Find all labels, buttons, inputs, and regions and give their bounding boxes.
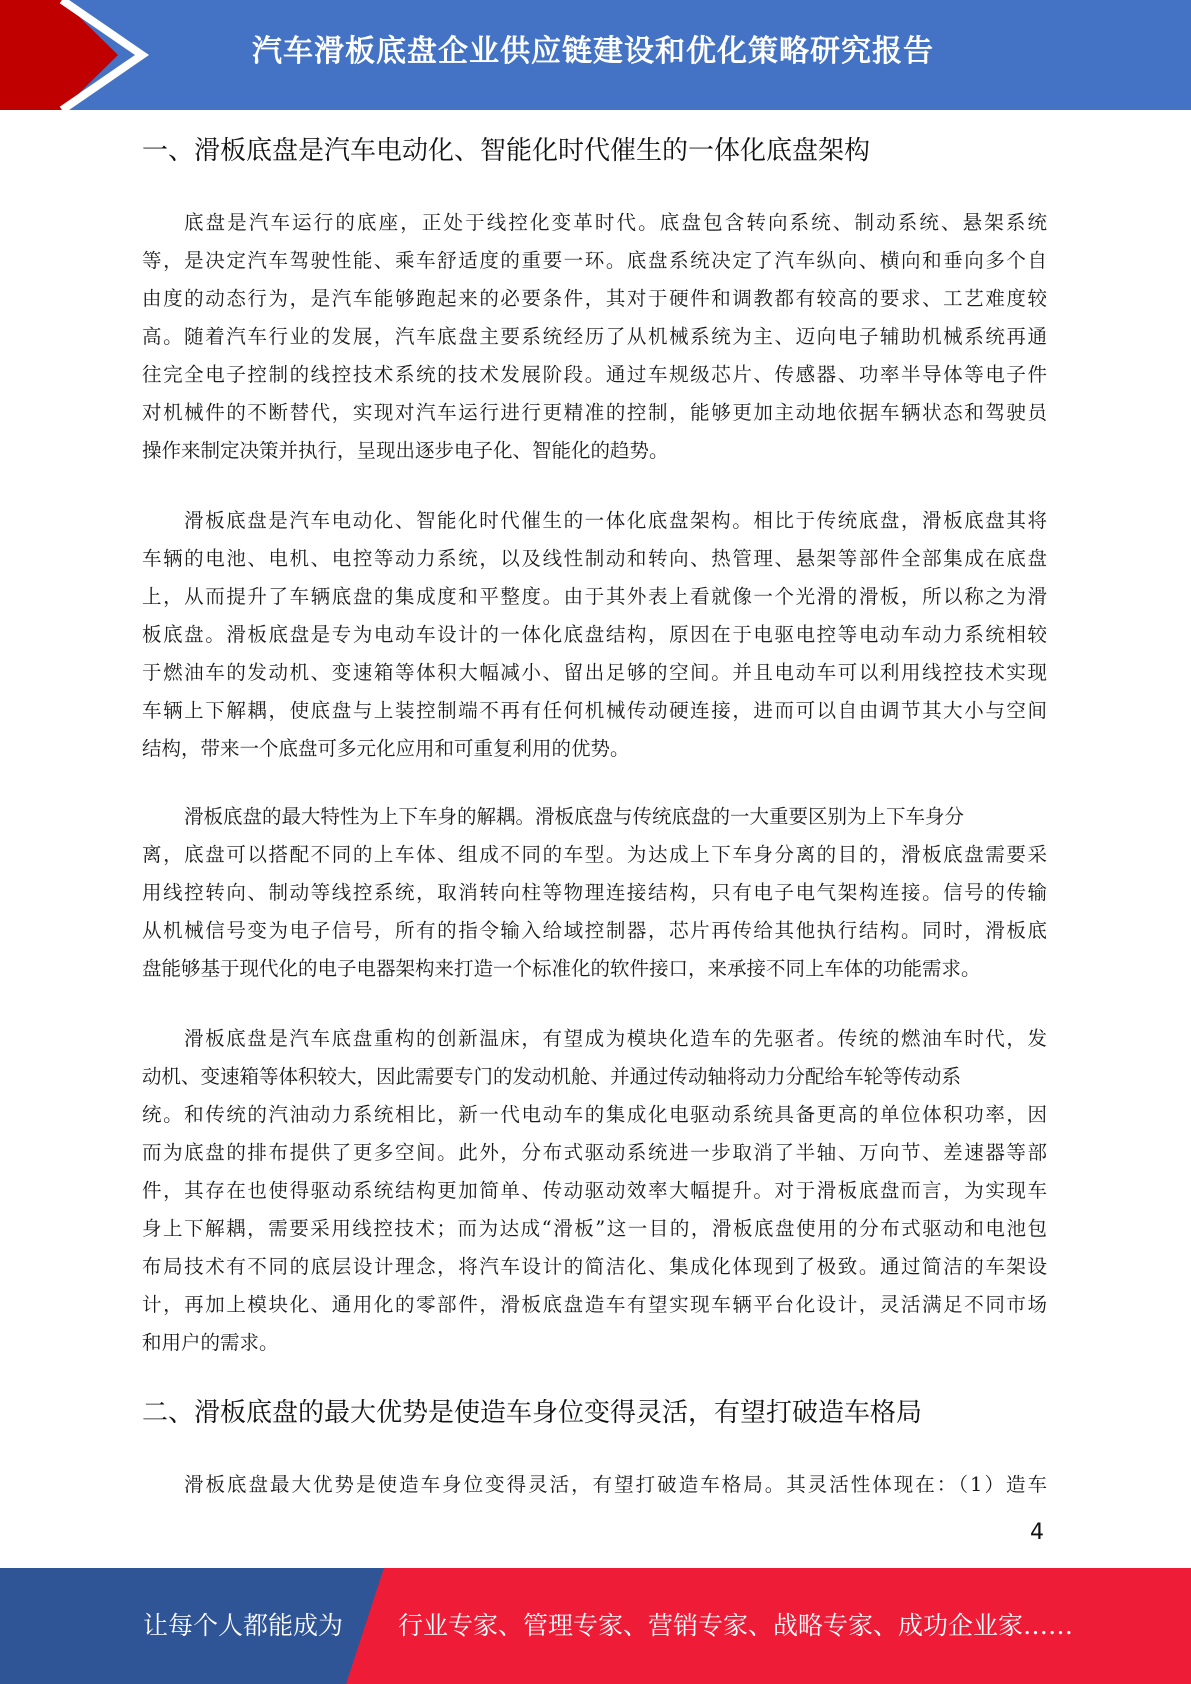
text-line: 板底盘。滑板底盘是专为电动车设计的一体化底盘结构，原因在于电驱电控等电动车动力系… xyxy=(142,616,1047,654)
text-line: 结构，带来一个底盘可多元化应用和可重复利用的优势。 xyxy=(142,730,1047,768)
text-line: 滑板底盘最大优势是使造车身位变得灵活，有望打破造车格局。其灵活性体现在：（1）造… xyxy=(142,1466,1047,1504)
text-line: 高。随着汽车行业的发展，汽车底盘主要系统经历了从机械系统为主、迈向电子辅助机械系… xyxy=(142,318,1047,356)
text-line: 车辆的电池、电机、电控等动力系统，以及线性制动和转向、热管理、悬架等部件全部集成… xyxy=(142,540,1047,578)
text-line: 盘能够基于现代化的电子电器架构来打造一个标准化的软件接口，来承接不同上车体的功能… xyxy=(142,950,1047,988)
text-line: 滑板底盘是汽车底盘重构的创新温床，有望成为模块化造车的先驱者。传统的燃油车时代，… xyxy=(142,1020,1047,1058)
text-line: 操作来制定决策并执行，呈现出逐步电子化、智能化的趋势。 xyxy=(142,432,1047,470)
text-line: 由度的动态行为，是汽车能够跑起来的必要条件，其对于硬件和调教都有较高的要求、工艺… xyxy=(142,280,1047,318)
paragraph-3: 滑板底盘的最大特性为上下车身的解耦。滑板底盘与传统底盘的一大重要区别为上下车身分… xyxy=(142,798,1047,988)
paragraph-4: 滑板底盘是汽车底盘重构的创新温床，有望成为模块化造车的先驱者。传统的燃油车时代，… xyxy=(142,1020,1047,1362)
text-line: 从机械信号变为电子信号，所有的指令输入给域控制器，芯片再传给其他执行结构。同时，… xyxy=(142,912,1047,950)
text-line: 件，其存在也使得驱动系统结构更加简单、传动驱动效率大幅提升。对于滑板底盘而言，为… xyxy=(142,1172,1047,1210)
text-line: 于燃油车的发动机、变速箱等体积大幅减小、留出足够的空间。并且电动车可以利用线控技… xyxy=(142,654,1047,692)
paragraph-1: 底盘是汽车运行的底座，正处于线控化变革时代。底盘包含转向系统、制动系统、悬架系统… xyxy=(142,204,1047,470)
page-number: 4 xyxy=(1030,1520,1044,1545)
footer-slogan-left: 让每个人都能成为 xyxy=(143,1606,343,1642)
text-line: 上，从而提升了车辆底盘的集成度和平整度。由于其外表上看就像一个光滑的滑板，所以称… xyxy=(142,578,1047,616)
report-title: 汽车滑板底盘企业供应链建设和优化策略研究报告 xyxy=(252,26,934,70)
text-line: 而为底盘的排布提供了更多空间。此外，分布式驱动系统进一步取消了半轴、万向节、差速… xyxy=(142,1134,1047,1172)
text-line: 等，是决定汽车驾驶性能、乘车舒适度的重要一环。底盘系统决定了汽车纵向、横向和垂向… xyxy=(142,242,1047,280)
text-line: 计，再加上模块化、通用化的零部件，滑板底盘造车有望实现车辆平台化设计，灵活满足不… xyxy=(142,1286,1047,1324)
section-heading-1: 一、滑板底盘是汽车电动化、智能化时代催生的一体化底盘架构 xyxy=(142,130,870,167)
text-line: 身上下解耦，需要采用线控技术；而为达成“滑板”这一目的，滑板底盘使用的分布式驱动… xyxy=(142,1210,1047,1248)
text-line: 布局技术有不同的底层设计理念，将汽车设计的简洁化、集成化体现到了极致。通过简洁的… xyxy=(142,1248,1047,1286)
text-line: 车辆上下解耦，使底盘与上装控制端不再有任何机械传动硬连接，进而可以自由调节其大小… xyxy=(142,692,1047,730)
text-line: 底盘是汽车运行的底座，正处于线控化变革时代。底盘包含转向系统、制动系统、悬架系统 xyxy=(142,204,1047,242)
paragraph-5: 滑板底盘最大优势是使造车身位变得灵活，有望打破造车格局。其灵活性体现在：（1）造… xyxy=(142,1466,1047,1504)
text-line: 滑板底盘是汽车电动化、智能化时代催生的一体化底盘架构。相比于传统底盘，滑板底盘其… xyxy=(142,502,1047,540)
text-line: 滑板底盘的最大特性为上下车身的解耦。滑板底盘与传统底盘的一大重要区别为上下车身分 xyxy=(142,798,1047,836)
text-line: 离，底盘可以搭配不同的上车体、组成不同的车型。为达成上下车身分离的目的，滑板底盘… xyxy=(142,836,1047,874)
text-line: 动机、变速箱等体积较大，因此需要专门的发动机舱、并通过传动轴将动力分配给车轮等传… xyxy=(142,1058,1047,1096)
text-line: 用线控转向、制动等线控系统，取消转向柱等物理连接结构，只有电子电气架构连接。信号… xyxy=(142,874,1047,912)
text-line: 往完全电子控制的线控技术系统的技术发展阶段。通过车规级芯片、传感器、功率半导体等… xyxy=(142,356,1047,394)
text-line: 统。和传统的汽油动力系统相比，新一代电动车的集成化电驱动系统具备更高的单位体积功… xyxy=(142,1096,1047,1134)
text-line: 对机械件的不断替代，实现对汽车运行进行更精准的控制，能够更加主动地依据车辆状态和… xyxy=(142,394,1047,432)
footer-slogan-right: 行业专家、管理专家、营销专家、战略专家、成功企业家…… xyxy=(398,1606,1073,1642)
section-heading-2: 二、滑板底盘的最大优势是使造车身位变得灵活，有望打破造车格局 xyxy=(142,1392,922,1429)
paragraph-2: 滑板底盘是汽车电动化、智能化时代催生的一体化底盘架构。相比于传统底盘，滑板底盘其… xyxy=(142,502,1047,768)
text-line: 和用户的需求。 xyxy=(142,1324,1047,1362)
report-header-banner: 汽车滑板底盘企业供应链建设和优化策略研究报告 xyxy=(0,0,1191,110)
footer-banner: 让每个人都能成为 行业专家、管理专家、营销专家、战略专家、成功企业家…… xyxy=(0,1568,1191,1684)
